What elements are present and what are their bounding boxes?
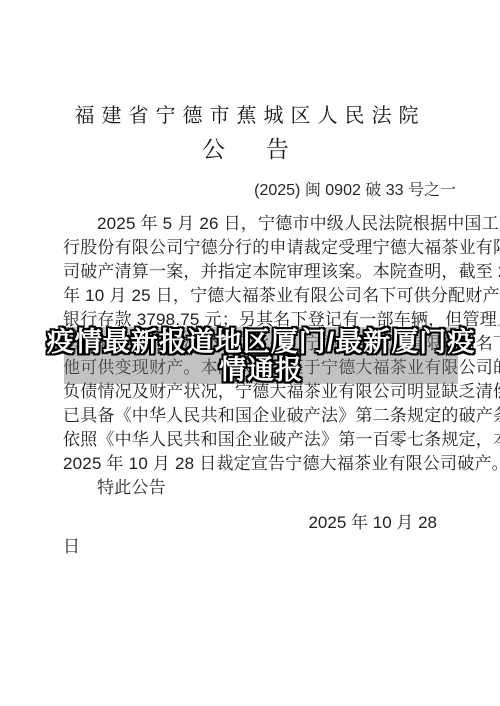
body-line: 依照《中华人民共和国企业破产法》第一百零七条规定，本院于: [63, 428, 458, 452]
signature-date-wrapped-char: 日: [63, 532, 80, 557]
headline-watermark-band: 疫情最新报道地区厦门/最新厦门疫 情通报: [64, 327, 458, 384]
document-type-title: 公 告: [0, 131, 500, 164]
body-line: 已具备《中华人民共和国企业破产法》第二条规定的破产条件。: [63, 404, 458, 428]
body-line: 司破产清算一案，并指定本院审理该案。本院查明，截至 2025: [63, 260, 458, 284]
announcement-document: 福建省宁德市蕉城区人民法院 公 告 (2025) 闽 0902 破 33 号之一…: [0, 0, 500, 706]
body-closing-line: 特此公告: [63, 476, 458, 500]
case-number: (2025) 闽 0902 破 33 号之一: [254, 177, 456, 200]
headline-watermark-line1: 疫情最新报道地区厦门/最新厦门疫: [47, 327, 476, 357]
body-line: 年 10 月 25 日，宁德大福茶业有限公司名下可供分配财产仅有: [63, 284, 458, 308]
headline-watermark-text: 疫情最新报道地区厦门/最新厦门疫 情通报: [47, 328, 476, 384]
court-name-title: 福建省宁德市蕉城区人民法院: [0, 99, 500, 128]
body-line: 2025 年 5 月 26 日，宁德市中级人民法院根据中国工商银: [63, 212, 458, 236]
signature-date: 2025 年 10 月 28: [308, 508, 437, 533]
headline-watermark-line2: 情通报: [219, 355, 303, 385]
body-line: 行股份有限公司宁德分行的申请裁定受理宁德大福茶业有限公: [63, 236, 458, 260]
body-line: 2025 年 10 月 28 日裁定宣告宁德大福茶业有限公司破产。: [63, 452, 458, 476]
